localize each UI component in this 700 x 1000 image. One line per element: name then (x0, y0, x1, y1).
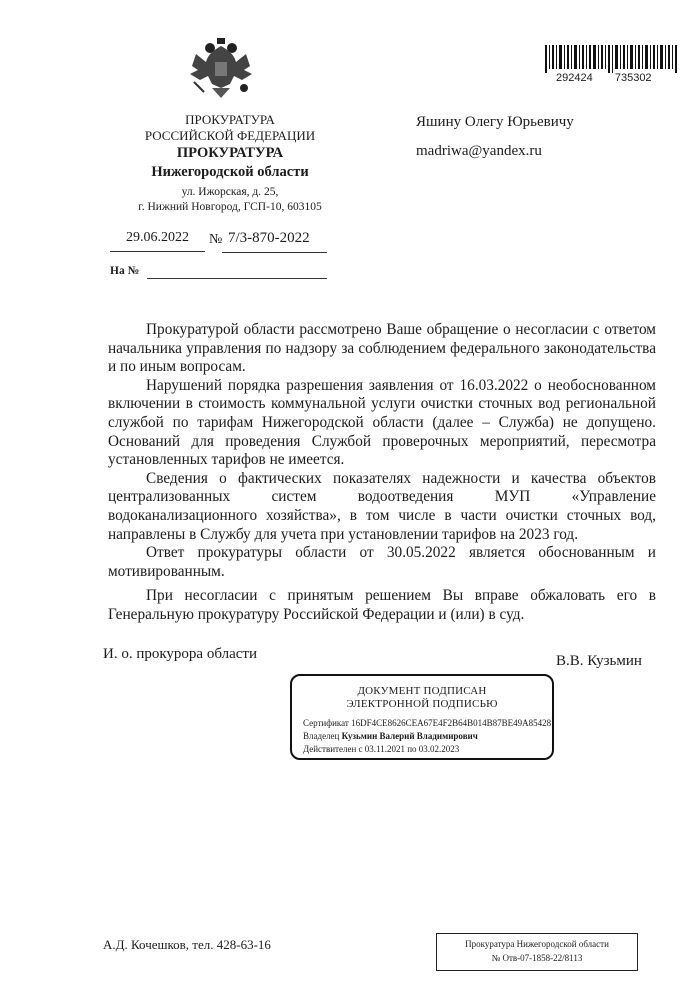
validity-row: Действителен с 03.11.2021 по 03.02.2023 (303, 743, 552, 756)
e-signature-title-line-2: ЭЛЕКТРОННОЙ ПОДПИСЬЮ (292, 698, 552, 711)
stamp-number-row: № Отв-07-1858-22/8113 (437, 951, 637, 965)
e-signature-title-line-1: ДОКУМЕНТ ПОДПИСАН (292, 685, 552, 698)
number-underline (222, 252, 327, 253)
barcode (545, 45, 680, 93)
valid-to: 03.02.2023 (419, 744, 460, 754)
office-line-1: ПРОКУРАТУРА (110, 144, 350, 163)
certificate-value: 16DF4CE8626CEA67E4F2B64B014B87BE49A85428 (351, 718, 551, 728)
certificate-row: Сертификат 16DF4CE8626CEA67E4F2B64B014B8… (303, 717, 552, 730)
valid-to-label: по (407, 744, 416, 754)
date-underline (110, 251, 205, 252)
office-line-2: Нижегородской области (110, 163, 350, 182)
electronic-signature-stamp: ДОКУМЕНТ ПОДПИСАН ЭЛЕКТРОННОЙ ПОДПИСЬЮ С… (290, 674, 554, 760)
number-sign: № (209, 232, 222, 248)
body-paragraph: Сведения о фактических показателях надеж… (108, 470, 656, 544)
e-signature-title: ДОКУМЕНТ ПОДПИСАН ЭЛЕКТРОННОЙ ПОДПИСЬЮ (292, 685, 552, 711)
barcode-numbers: 292424 735302 (556, 72, 652, 84)
registration-stamp: Прокуратура Нижегородской области № Отв-… (436, 933, 638, 971)
address-line-1: ул. Ижорская, д. 25, (110, 185, 350, 200)
signatory-name: В.В. Кузьмин (556, 653, 642, 670)
barcode-right-number: 735302 (615, 72, 652, 84)
body-paragraph: Ответ прокуратуры области от 30.05.2022 … (108, 544, 656, 581)
body-paragraph: Нарушений порядка разрешения заявления о… (108, 377, 656, 470)
office-address: ул. Ижорская, д. 25, г. Нижний Новгород,… (110, 185, 350, 215)
body-paragraph: При несогласии с принятым решением Вы вп… (108, 587, 656, 624)
valid-from: 03.11.2021 (365, 744, 405, 754)
ref-number-field (147, 278, 327, 279)
org-name: ПРОКУРАТУРА РОССИЙСКОЙ ФЕДЕРАЦИИ (110, 112, 350, 144)
barcode-left-number: 292424 (556, 72, 593, 84)
stamp-line-1: Прокуратура Нижегородской области (437, 937, 637, 951)
org-line-2: РОССИЙСКОЙ ФЕДЕРАЦИИ (110, 128, 350, 144)
signatory-position: И. о. прокурора области (103, 646, 257, 663)
registration-date: 29.06.2022 (126, 230, 189, 245)
registration-number: 7/3-870-2022 (228, 230, 310, 247)
recipient-name: Яшину Олегу Юрьевичу (416, 114, 574, 131)
recipient-email: madriwa@yandex.ru (416, 143, 542, 160)
certificate-label: Сертификат (303, 718, 349, 728)
owner-label: Владелец (303, 731, 339, 741)
address-line-2: г. Нижний Новгород, ГСП-10, 603105 (110, 200, 350, 215)
body-paragraph: Прокуратурой области рассмотрено Ваше об… (108, 321, 656, 377)
registration-date-field: 29.06.2022 (110, 230, 205, 249)
org-line-1: ПРОКУРАТУРА (110, 112, 350, 128)
coat-of-arms-icon (186, 36, 256, 104)
valid-from-label: Действителен с (303, 744, 363, 754)
office-name: ПРОКУРАТУРА Нижегородской области (110, 144, 350, 182)
ref-number-label: На № (110, 265, 139, 277)
stamp-number-sign: № (492, 953, 501, 963)
stamp-number: Отв-07-1858-22/8113 (503, 953, 583, 963)
letter-body: Прокуратурой области рассмотрено Ваше об… (108, 321, 656, 625)
owner-value: Кузьмин Валерий Владимирович (342, 731, 478, 741)
owner-row: Владелец Кузьмин Валерий Владимирович (303, 730, 552, 743)
executor-info: А.Д. Кочешков, тел. 428-63-16 (103, 937, 271, 953)
